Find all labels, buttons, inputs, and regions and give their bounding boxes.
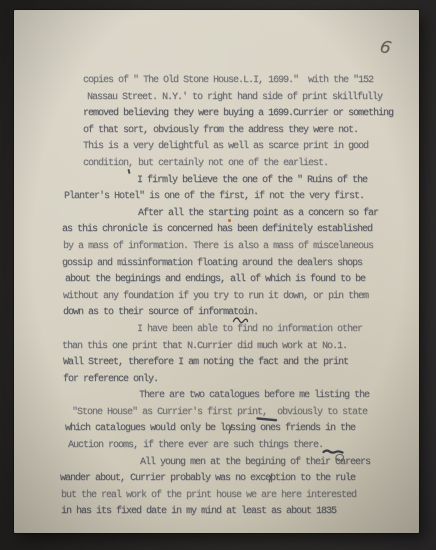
- text-line: down as to their source of informatoin.: [63, 305, 408, 322]
- text-line: than this one print that N.Currier did m…: [62, 339, 408, 356]
- text-line: in has its fixed date in my mind at leas…: [61, 504, 408, 521]
- typewritten-document-page: 6 copies of " The Old Stone House.L.I, 1…: [14, 10, 419, 533]
- text-line: about the beginings and endings, all of …: [65, 272, 408, 289]
- text-line: I firmly believe the one of the " Ruins …: [137, 173, 408, 190]
- text-line: for reference only.: [63, 372, 408, 389]
- text-line: removed believing they were buying a 169…: [83, 106, 408, 123]
- text-line: Nassau Street. N.Y.' to right hand side …: [87, 90, 408, 107]
- text-line: I have been able to find no information …: [137, 322, 408, 339]
- text-line: After all the starting point as a concer…: [138, 206, 408, 223]
- text-line: All young men at the begining of their c…: [140, 455, 408, 472]
- text-line: without any foundation if you try to run…: [63, 289, 408, 306]
- text-line: Wall Street, therefore I am noting the f…: [63, 355, 408, 372]
- text-line: as this chronicle is concerned has been …: [62, 222, 408, 239]
- text-line: copies of " The Old Stone House.L.I, 169…: [83, 73, 408, 90]
- text-line: gossip and missinformation floating arou…: [62, 256, 408, 273]
- text-line: There are two catalogues before me listi…: [139, 388, 408, 405]
- text-line: but the real work of the print house we …: [61, 488, 408, 505]
- text-line: of that sort, obviously from the address…: [83, 123, 408, 140]
- text-line: wander about, Currier probably was no ex…: [60, 471, 408, 488]
- typewritten-text: copies of " The Old Stone House.L.I, 169…: [58, 73, 408, 521]
- text-line: Planter's Hotel" is one of the first, if…: [64, 189, 408, 206]
- text-line: which catalogues would only be lossing o…: [65, 421, 408, 438]
- text-line: by a mass of information. There is also …: [63, 239, 408, 256]
- text-line: Auction rooms, if there ever are such th…: [68, 438, 408, 455]
- handwritten-page-number: 6: [378, 37, 393, 59]
- text-line: condition, but certainly not one of the …: [83, 156, 408, 173]
- text-line: "Stone House" as Currier's first print, …: [72, 405, 408, 422]
- text-line: This is a very delightful as well as sca…: [83, 139, 408, 156]
